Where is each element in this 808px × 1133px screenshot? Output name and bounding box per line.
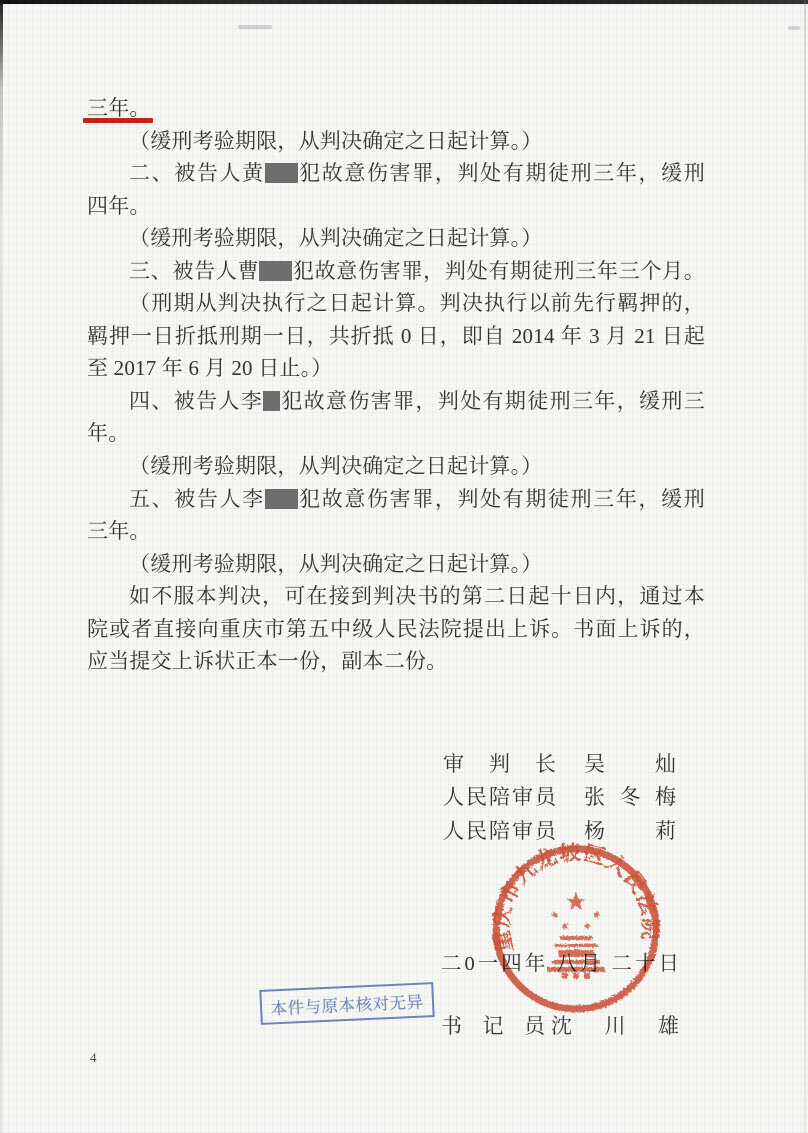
scanned-judgment-page: 三年。（缓刑考验期限，从判决确定之日起计算。）二、被告人黄犯故意伤害罪，判处有期… xyxy=(0,0,808,1133)
body-line: （缓刑考验期限，从判决确定之日起计算。） xyxy=(87,222,705,255)
body-line: 至 2017 年 6 月 20 日止。） xyxy=(87,352,705,385)
body-text-segment: 犯故意伤害罪，判处有期徒刑三年，缓刑三 xyxy=(280,389,705,413)
signature-name: 张冬梅 xyxy=(584,781,676,811)
signature-role: 人民陪审员 xyxy=(443,815,556,845)
body-text-segment: 院或者直接向重庆市第五中级人民法院提出上诉。书面上诉的， xyxy=(87,617,705,641)
body-text: 三年。（缓刑考验期限，从判决确定之日起计算。）二、被告人黄犯故意伤害罪，判处有期… xyxy=(87,92,705,678)
body-text-segment: （缓刑考验期限，从判决确定之日起计算。） xyxy=(129,552,543,576)
body-text-segment: 犯故意伤害罪，判处有期徒刑三年，缓刑 xyxy=(298,487,705,511)
scan-edge-left xyxy=(0,0,3,1133)
seal-emblem xyxy=(547,892,605,979)
signature-role: 审判长 xyxy=(443,748,556,778)
body-text-segment: 二、被告人黄 xyxy=(129,161,265,185)
body-text-segment: （缓刑考验期限，从判决确定之日起计算。） xyxy=(129,129,543,153)
verification-stamp-text: 本件与原本核对无异 xyxy=(270,988,424,1019)
page-number: 4 xyxy=(90,1050,97,1066)
redaction-box xyxy=(265,163,298,183)
tiananmen-icon xyxy=(547,936,605,979)
body-text-segment: 应当提交上诉状正本一份，副本二份。 xyxy=(87,649,447,673)
body-text-segment: 犯故意伤害罪，判处有期徒刑三年三个月。 xyxy=(292,259,705,283)
body-line: 三年。 xyxy=(87,515,705,548)
signature-name: 杨莉 xyxy=(584,815,676,845)
body-line: （缓刑考验期限，从判决确定之日起计算。） xyxy=(87,125,705,158)
body-text-segment: （缓刑考验期限，从判决确定之日起计算。） xyxy=(129,454,543,478)
body-line: 四、被告人李犯故意伤害罪，判处有期徒刑三年，缓刑三 xyxy=(87,385,705,418)
body-text-segment: 犯故意伤害罪，判处有期徒刑三年，缓刑 xyxy=(298,161,705,185)
body-line: 年。 xyxy=(87,417,705,450)
small-star-icon xyxy=(550,910,560,920)
signature-row: 人民陪审员张冬梅 xyxy=(443,780,676,814)
body-text-segment: 如不服本判决，可在接到判决书的第二日起十日内，通过本 xyxy=(129,584,705,608)
signature-block: 审判长吴灿人民陪审员张冬梅人民陪审员杨莉 xyxy=(443,746,676,847)
big-star-icon xyxy=(566,892,585,910)
court-seal: 重庆市九龙坡区人民法院 xyxy=(476,842,676,1017)
body-line: （缓刑考验期限，从判决确定之日起计算。） xyxy=(87,548,705,581)
small-star-icon xyxy=(592,910,602,920)
body-text-segment: 三、被告人曹 xyxy=(129,259,259,283)
body-line: 四年。 xyxy=(87,190,705,223)
body-line: 应当提交上诉状正本一份，副本二份。 xyxy=(87,645,705,678)
body-line: （缓刑考验期限，从判决确定之日起计算。） xyxy=(87,450,705,483)
body-line: （刑期从判决执行之日起计算。判决执行以前先行羁押的， xyxy=(87,287,705,320)
body-line: 羁押一日折抵刑期一日，共折抵 0 日，即自 2014 年 3 月 21 日起 xyxy=(87,320,705,353)
redaction-box xyxy=(263,391,280,411)
redaction-box xyxy=(259,261,292,281)
scan-smudge xyxy=(788,26,800,30)
body-line: 如不服本判决，可在接到判决书的第二日起十日内，通过本 xyxy=(87,580,705,613)
signature-name: 吴灿 xyxy=(584,748,676,778)
body-text-segment: 三年。 xyxy=(87,519,151,543)
body-text-segment: （缓刑考验期限，从判决确定之日起计算。） xyxy=(129,226,543,250)
body-line: 三、被告人曹犯故意伤害罪，判处有期徒刑三年三个月。 xyxy=(87,255,705,288)
scan-edge-right xyxy=(804,0,806,1133)
scan-smudge xyxy=(238,25,272,29)
signature-role: 人民陪审员 xyxy=(443,781,556,811)
body-text-segment: 年。 xyxy=(87,421,129,445)
body-line: 二、被告人黄犯故意伤害罪，判处有期徒刑三年，缓刑 xyxy=(87,157,705,190)
body-text-segment: 五、被告人李 xyxy=(129,487,265,511)
body-text-segment: 至 2017 年 6 月 20 日止。） xyxy=(87,356,333,380)
body-text-segment: （刑期从判决执行之日起计算。判决执行以前先行羁押的， xyxy=(129,291,705,315)
body-line: 院或者直接向重庆市第五中级人民法院提出上诉。书面上诉的， xyxy=(87,613,705,646)
verification-stamp: 本件与原本核对无异 xyxy=(259,982,434,1025)
body-text-segment: 羁押一日折抵刑期一日，共折抵 0 日，即自 2014 年 3 月 21 日起 xyxy=(87,324,705,348)
small-star-icon xyxy=(582,921,591,930)
body-text-segment: 四年。 xyxy=(87,194,151,218)
signature-row: 审判长吴灿 xyxy=(443,746,676,780)
body-line: 五、被告人李犯故意伤害罪，判处有期徒刑三年，缓刑 xyxy=(87,483,705,516)
small-star-icon xyxy=(560,921,569,930)
redaction-box xyxy=(265,489,298,509)
scan-edge-top xyxy=(0,0,808,4)
body-line: 三年。 xyxy=(87,92,705,125)
body-text-segment: 四、被告人李 xyxy=(129,389,263,413)
red-underlined-text: 三年。 xyxy=(87,96,151,120)
